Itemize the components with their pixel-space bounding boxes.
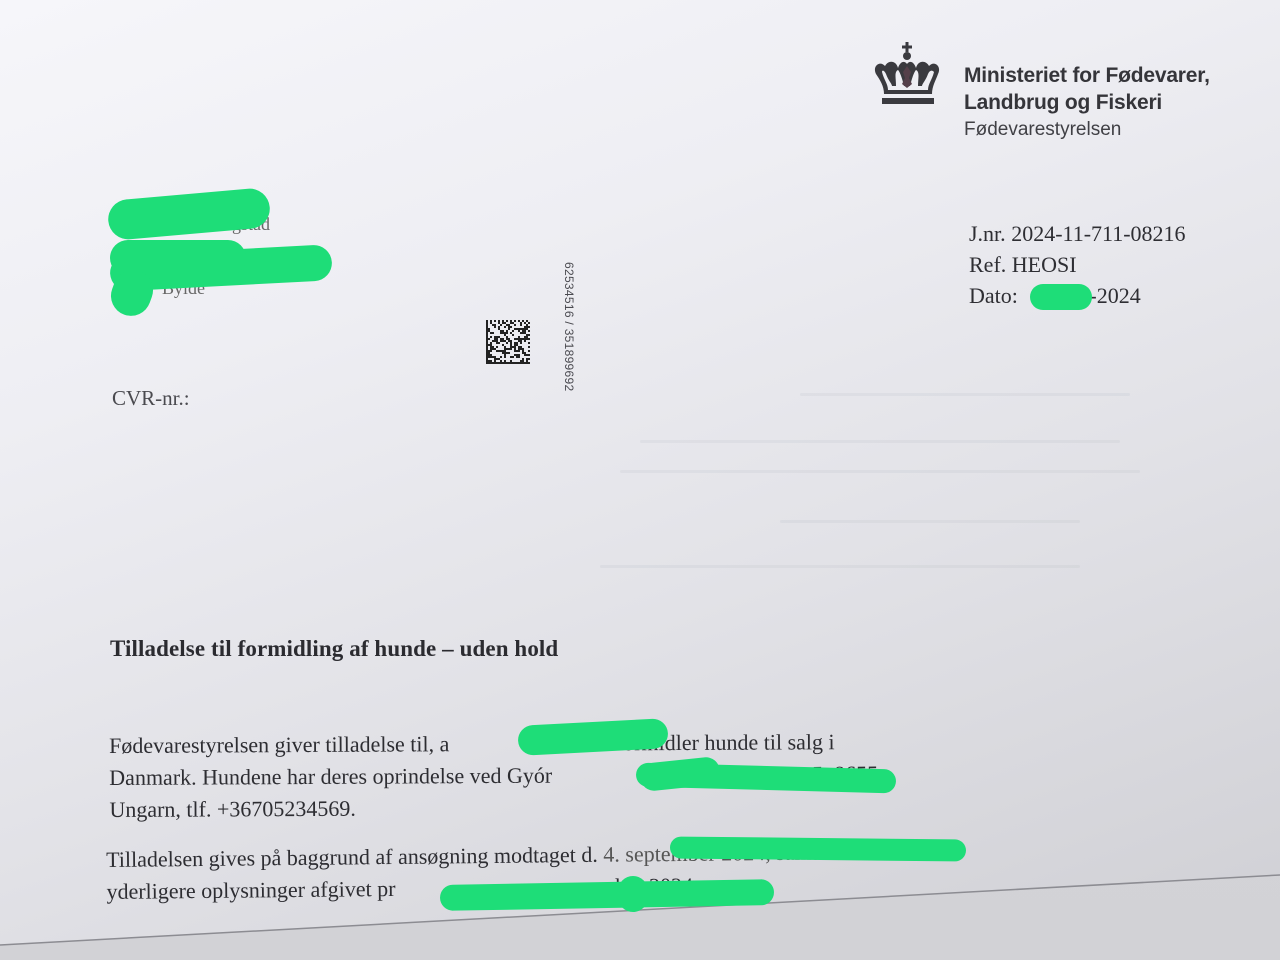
journal-number: 2024-11-711-08216	[1011, 221, 1185, 246]
ref-value: HEOSI	[1012, 252, 1077, 277]
ministry-name: Ministeriet for Fødevarer, Landbrug og F…	[964, 62, 1210, 143]
paragraph-line: Fødevarestyrelsen giver tilladelse til, …	[109, 726, 878, 762]
journal-number-line: J.nr. 2024-11-711-08216	[969, 218, 1186, 249]
redaction-mark	[1030, 284, 1092, 310]
letter-subject: Tilladelse til formidling af hunde – ude…	[110, 636, 558, 662]
redaction-mark	[670, 836, 966, 861]
date-value-suffix: -2024	[1089, 283, 1140, 308]
letterhead: Ministeriet for Fødevarer, Landbrug og F…	[870, 42, 1210, 143]
tracking-code: 62534516 / 351899692	[562, 262, 576, 391]
agency-name: Fødevarestyrelsen	[964, 116, 1210, 143]
ref-line: Ref. HEOSI	[969, 249, 1186, 280]
date-label: Dato:	[969, 283, 1018, 308]
journal-label: J.nr.	[969, 221, 1006, 246]
datamatrix-barcode-icon	[486, 320, 530, 364]
ref-label: Ref.	[969, 252, 1006, 277]
ministry-line-2: Landbrug og Fiskeri	[964, 89, 1210, 116]
crown-icon	[870, 42, 946, 112]
redaction-mark	[618, 876, 648, 912]
ministry-line-1: Ministeriet for Fødevarer,	[964, 62, 1210, 89]
cvr-label: CVR-nr.:	[112, 386, 190, 411]
paragraph-line: Ungarn, tlf. +36705234569.	[109, 790, 878, 826]
